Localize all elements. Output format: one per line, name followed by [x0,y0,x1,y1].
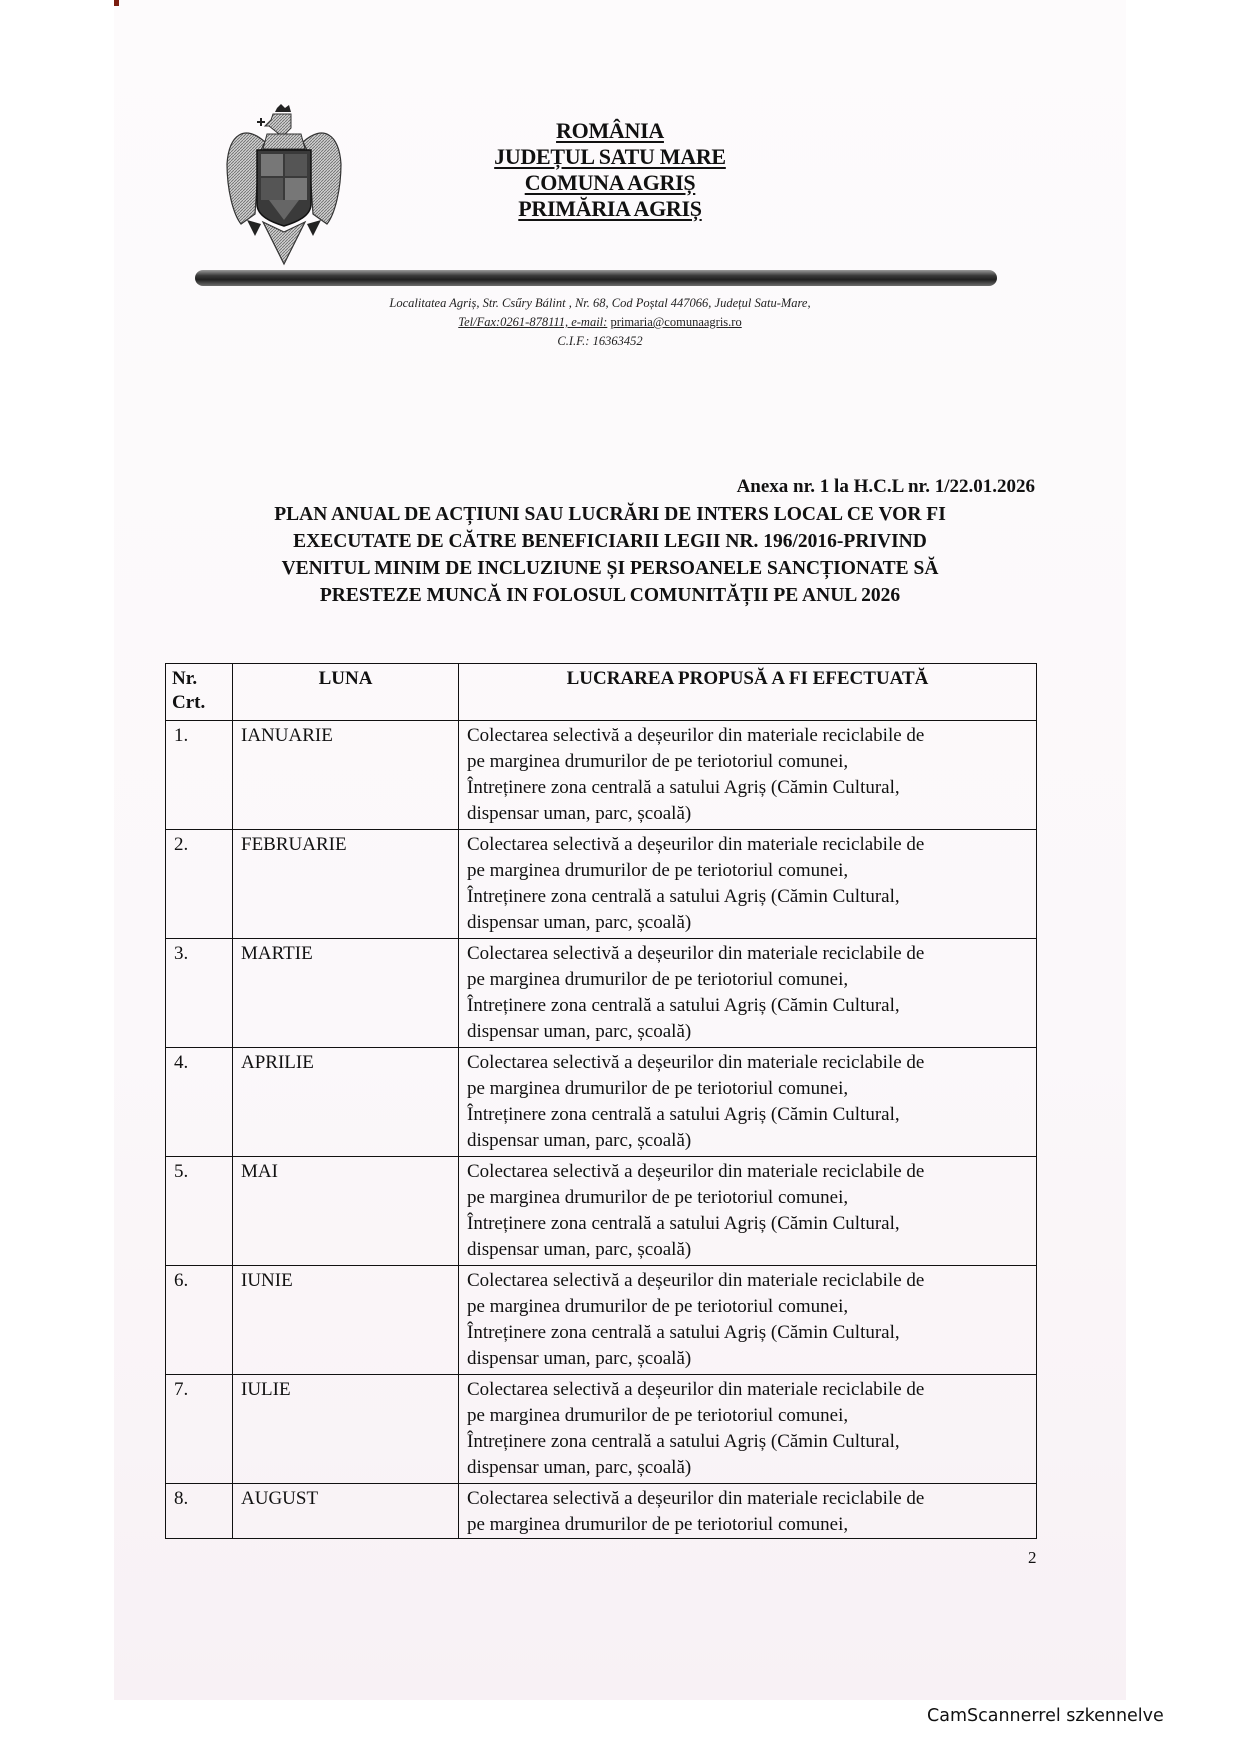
description-line: Colectarea selectivă a deșeurilor din ma… [467,1159,1028,1185]
row-month: MARTIE [233,939,459,1048]
description-line: Întreținere zona centrală a satului Agri… [467,884,1028,910]
header-lucrare: LUCRAREA PROPUSĂ A FI EFECTUATĂ [459,664,1037,721]
header-nr-label: Nr. [172,667,226,691]
table-row: 3.MARTIEColectarea selectivă a deșeurilo… [166,939,1037,1048]
description-line: Colectarea selectivă a deșeurilor din ma… [467,941,1028,967]
header-line-commune: COMUNA AGRIȘ [440,170,780,196]
table-row: 6.IUNIEColectarea selectivă a deșeurilor… [166,1266,1037,1375]
row-work-description: Colectarea selectivă a deșeurilor din ma… [459,1484,1037,1539]
title-line: PLAN ANUAL DE ACȚIUNI SAU LUCRĂRI DE INT… [170,501,1050,528]
table-row: 1.IANUARIEColectarea selectivă a deșeuri… [166,721,1037,830]
romania-coat-of-arms-icon [225,104,343,266]
description-line: pe marginea drumurilor de pe teriotoriul… [467,1403,1028,1429]
description-line: Colectarea selectivă a deșeurilor din ma… [467,1050,1028,1076]
description-line: dispensar uman, parc, școală) [467,1019,1028,1045]
work-plan-table: Nr. Crt. LUNA LUCRAREA PROPUSĂ A FI EFEC… [165,663,1037,1539]
row-number: 3. [166,939,233,1048]
row-work-description: Colectarea selectivă a deșeurilor din ma… [459,1266,1037,1375]
row-number: 4. [166,1048,233,1157]
description-line: pe marginea drumurilor de pe teriotoriul… [467,1076,1028,1102]
contact-tel-fax: Tel/Fax:0261-878111, e-mail: [458,315,607,329]
description-line: Colectarea selectivă a deșeurilor din ma… [467,723,1028,749]
table-row: 7.IULIEColectarea selectivă a deșeurilor… [166,1375,1037,1484]
description-line: pe marginea drumurilor de pe teriotoriul… [467,1512,1028,1538]
document-title: PLAN ANUAL DE ACȚIUNI SAU LUCRĂRI DE INT… [170,501,1050,609]
table-row: 4.APRILIEColectarea selectivă a deșeuril… [166,1048,1037,1157]
header-luna: LUNA [233,664,459,721]
contact-email[interactable]: primaria@comunaagris.ro [610,315,741,329]
title-line: EXECUTATE DE CĂTRE BENEFICIARII LEGII NR… [170,528,1050,555]
description-line: dispensar uman, parc, școală) [467,1237,1028,1263]
title-line: PRESTEZE MUNCĂ IN FOLOSUL COMUNITĂȚII PE… [170,582,1050,609]
row-month: MAI [233,1157,459,1266]
description-line: dispensar uman, parc, școală) [467,1455,1028,1481]
table-row: 8.AUGUSTColectarea selectivă a deșeurilo… [166,1484,1037,1539]
header-crt-label: Crt. [172,691,226,715]
annex-reference: Anexa nr. 1 la H.C.L nr. 1/22.01.2026 [737,476,1035,498]
header-line-country: ROMÂNIA [440,118,780,144]
row-month: AUGUST [233,1484,459,1539]
row-month: FEBRUARIE [233,830,459,939]
contact-address: Localitatea Agriș, Str. Csűry Bálint , N… [250,294,950,313]
description-line: Colectarea selectivă a deșeurilor din ma… [467,1486,1028,1512]
description-line: Întreținere zona centrală a satului Agri… [467,1429,1028,1455]
row-month: APRILIE [233,1048,459,1157]
row-work-description: Colectarea selectivă a deșeurilor din ma… [459,1157,1037,1266]
table-header-row: Nr. Crt. LUNA LUCRAREA PROPUSĂ A FI EFEC… [166,664,1037,721]
row-month: IANUARIE [233,721,459,830]
description-line: Întreținere zona centrală a satului Agri… [467,1102,1028,1128]
description-line: pe marginea drumurilor de pe teriotoriul… [467,1294,1028,1320]
description-line: Colectarea selectivă a deșeurilor din ma… [467,1268,1028,1294]
row-work-description: Colectarea selectivă a deșeurilor din ma… [459,939,1037,1048]
description-line: Întreținere zona centrală a satului Agri… [467,1320,1028,1346]
description-line: Întreținere zona centrală a satului Agri… [467,993,1028,1019]
row-month: IULIE [233,1375,459,1484]
title-line: VENITUL MINIM DE INCLUZIUNE ȘI PERSOANEL… [170,555,1050,582]
description-line: Întreținere zona centrală a satului Agri… [467,775,1028,801]
description-line: Colectarea selectivă a deșeurilor din ma… [467,1377,1028,1403]
table-row: 2.FEBRUARIEColectarea selectivă a deșeur… [166,830,1037,939]
description-line: dispensar uman, parc, școală) [467,910,1028,936]
row-number: 1. [166,721,233,830]
row-number: 7. [166,1375,233,1484]
description-line: pe marginea drumurilor de pe teriotoriul… [467,749,1028,775]
description-line: Colectarea selectivă a deșeurilor din ma… [467,832,1028,858]
scanner-watermark: CamScannerrel szkennelve [927,1706,1164,1726]
table-body: 1.IANUARIEColectarea selectivă a deșeuri… [166,721,1037,1539]
description-line: pe marginea drumurilor de pe teriotoriul… [467,858,1028,884]
row-month: IUNIE [233,1266,459,1375]
description-line: dispensar uman, parc, școală) [467,1346,1028,1372]
description-line: pe marginea drumurilor de pe teriotoriul… [467,1185,1028,1211]
row-number: 6. [166,1266,233,1375]
header-line-county: JUDEȚUL SATU MARE [440,144,780,170]
row-work-description: Colectarea selectivă a deșeurilor din ma… [459,721,1037,830]
description-line: dispensar uman, parc, școală) [467,1128,1028,1154]
institution-header: ROMÂNIA JUDEȚUL SATU MARE COMUNA AGRIȘ P… [440,118,780,222]
row-number: 5. [166,1157,233,1266]
page-number: 2 [1028,1548,1037,1568]
table-row: 5.MAIColectarea selectivă a deșeurilor d… [166,1157,1037,1266]
description-line: pe marginea drumurilor de pe teriotoriul… [467,967,1028,993]
description-line: dispensar uman, parc, școală) [467,801,1028,827]
contact-block: Localitatea Agriș, Str. Csűry Bálint , N… [250,294,950,351]
row-work-description: Colectarea selectivă a deșeurilor din ma… [459,1375,1037,1484]
row-work-description: Colectarea selectivă a deșeurilor din ma… [459,830,1037,939]
header-line-townhall: PRIMĂRIA AGRIȘ [440,196,780,222]
contact-cif: C.I.F.: 16363452 [250,332,950,351]
row-number: 8. [166,1484,233,1539]
scan-corner-mark [114,0,119,6]
letterhead-divider [195,270,997,286]
description-line: Întreținere zona centrală a satului Agri… [467,1211,1028,1237]
row-number: 2. [166,830,233,939]
header-nr-crt: Nr. Crt. [166,664,233,721]
row-work-description: Colectarea selectivă a deșeurilor din ma… [459,1048,1037,1157]
